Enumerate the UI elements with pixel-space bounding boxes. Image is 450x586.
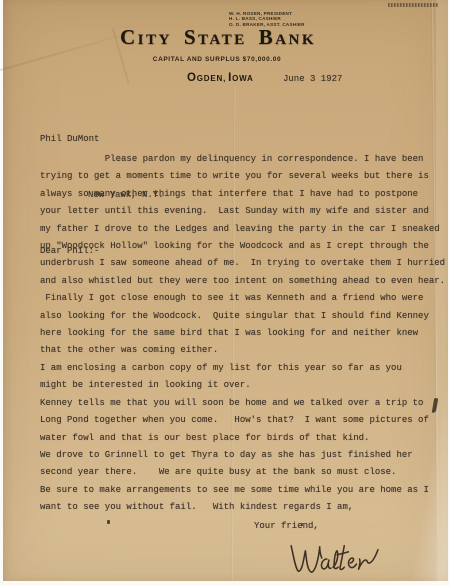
body-line: water fowl and that is our best place fo…	[40, 430, 445, 447]
letter-body: Please pardon my delinquency in correspo…	[40, 151, 445, 517]
ink-speck	[107, 520, 110, 524]
ink-speck	[301, 523, 303, 526]
body-line: Finally I got close enough to see it was…	[40, 290, 445, 307]
recipient-name: Phil DuMont	[40, 130, 164, 149]
body-line: and also whistled but they were too inte…	[40, 273, 445, 290]
printer-micro-print-mark	[388, 3, 438, 7]
signature-handwriting	[286, 537, 380, 583]
body-line: your letter until this evening. Last Sun…	[40, 203, 445, 220]
capital-surplus-line: Capital and Surplus $70,000.00	[0, 56, 442, 63]
body-line: want to see you without fail. With kinde…	[40, 499, 445, 516]
body-line: Be sure to make arrangements to see me s…	[40, 482, 445, 499]
body-line: Long Pond together when you come. How's …	[40, 412, 445, 429]
city-state-line: Ogden,Iowa	[187, 72, 256, 85]
bank-name-word: City	[120, 25, 172, 50]
body-line: We drove to Grinnell to get Thyra to day…	[40, 447, 445, 464]
bank-name-word: Bank	[259, 25, 316, 50]
body-line: that the other was coming either.	[40, 342, 445, 359]
body-line: here looking for the same bird that I wa…	[40, 325, 445, 342]
body-line: always so many other things that interfe…	[40, 186, 445, 203]
signature: Walter	[286, 537, 380, 583]
body-line: up "Woodcock Hollow" looking for the Woo…	[40, 238, 445, 255]
closing-line: Your friend,	[254, 521, 319, 531]
typed-date: June 3 1927	[283, 74, 342, 84]
body-line: also looking for the Woodcock. Quite sin…	[40, 308, 445, 325]
body-line: Kenney tells me that you will soon be ho…	[40, 395, 445, 412]
body-line: underbrush I saw someone ahead of me. In…	[40, 255, 445, 272]
body-line: my father I drove to the Ledges and leav…	[40, 221, 445, 238]
city-word: Iowa	[228, 72, 254, 85]
body-line: second year there. We are quite busy at …	[40, 464, 445, 481]
body-line: Please pardon my delinquency in correspo…	[40, 151, 445, 168]
body-line: I am enclosing a carbon copy of my list …	[40, 360, 445, 377]
body-line: trying to get a moments time to write yo…	[40, 168, 445, 185]
body-line: might be interested in looking it over.	[40, 377, 445, 394]
bank-name-word: State	[184, 25, 247, 50]
city-word: Ogden,	[187, 72, 226, 85]
bank-name: CityStateBank	[0, 25, 443, 50]
